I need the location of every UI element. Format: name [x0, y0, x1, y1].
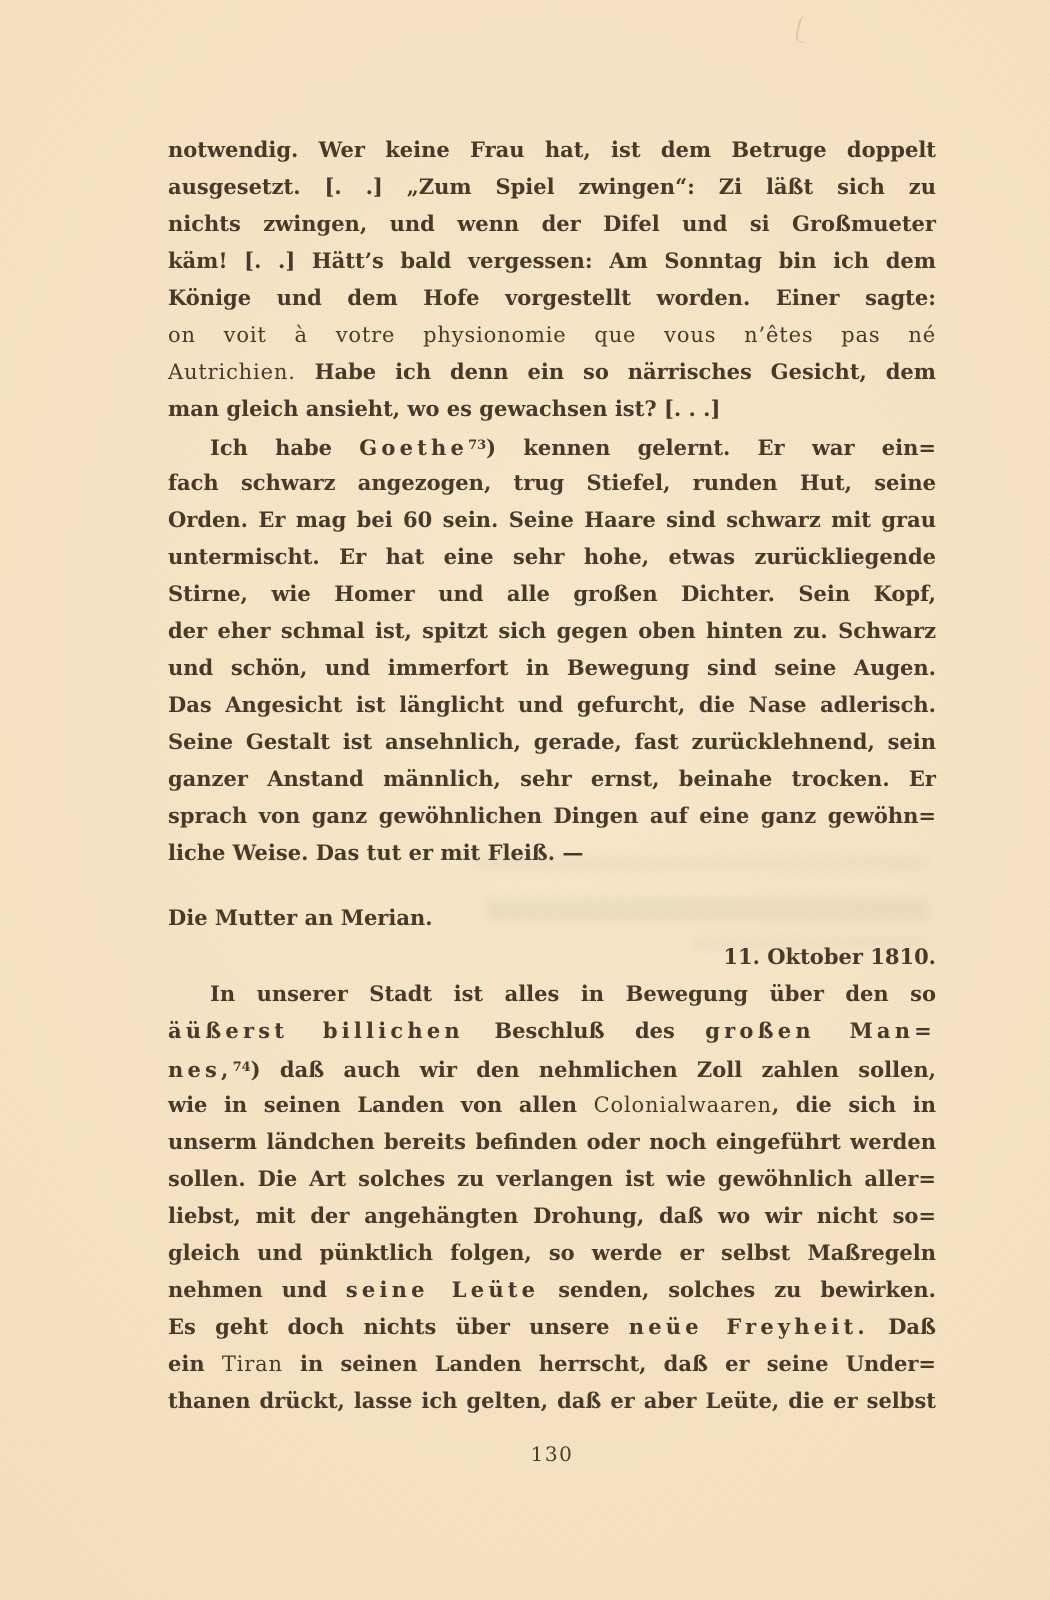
fraktur-text: fach schwarz angezogen, trug Stiefel, ru…: [168, 470, 936, 495]
text-line: liebst, mit der angehängten Drohung, daß…: [168, 1197, 936, 1234]
text-line: thanen drückt, lasse ich gelten, daß er …: [168, 1382, 936, 1419]
fraktur-text: Könige und dem Hofe vorgestellt worden. …: [168, 285, 936, 310]
text-line: ganzer Anstand männlich, sehr ernst, bei…: [168, 760, 936, 797]
fraktur-text: thanen drückt, lasse ich gelten, daß er …: [168, 1388, 936, 1413]
fraktur-text: liche Weise. Das tut er mit Fleiß. —: [168, 840, 583, 865]
fraktur-text: Stirne, wie Homer und alle großen Dichte…: [168, 581, 936, 606]
fraktur-text: notwendig. Wer keine Frau hat, ist dem B…: [168, 137, 936, 162]
fraktur-text: sprach von ganz gewöhnlichen Dingen auf …: [168, 803, 936, 828]
fraktur-text: liebst, mit der angehängten Drohung, daß…: [168, 1203, 936, 1228]
text-line: untermischt. Er hat eine sehr hohe, etwa…: [168, 538, 936, 575]
fraktur-text: Es geht doch nichts über unsere: [168, 1314, 629, 1339]
fraktur-text: man gleich ansieht, wo es gewachsen ist?…: [168, 396, 720, 421]
fraktur-text: nehmen und: [168, 1277, 346, 1302]
text-line: nichts zwingen, und wenn der Difel und s…: [168, 205, 936, 242]
fraktur-text: ) kennen gelernt. Er war ein=: [486, 435, 936, 460]
fraktur-text: senden, solches zu bewirken.: [539, 1277, 936, 1302]
fraktur-text: wie in seinen Landen von allen: [168, 1092, 594, 1117]
letterspaced-text: neüe Freyheit.: [629, 1314, 869, 1339]
text-line: nehmen und seine Leüte senden, solches z…: [168, 1271, 936, 1308]
paper-blemish: [794, 15, 811, 44]
text-line: Orden. Er mag bei 60 sein. Seine Haare s…: [168, 501, 936, 538]
page-number: 130: [168, 1442, 936, 1466]
text-line: Autrichien. Habe ich denn ein so närrisc…: [168, 353, 936, 390]
footnote-reference: 74: [233, 1060, 251, 1075]
goethe-paragraph: Ich habe Goethe73) kennen gelernt. Er wa…: [168, 427, 936, 871]
fraktur-text: Das Angesicht ist länglicht und gefurcht…: [168, 692, 936, 717]
text-line: ausgesetzt. [. .] „Zum Spiel zwingen“: Z…: [168, 168, 936, 205]
antiqua-text: Tiran: [222, 1352, 283, 1376]
text-line: notwendig. Wer keine Frau hat, ist dem B…: [168, 131, 936, 168]
text-line: Könige und dem Hofe vorgestellt worden. …: [168, 279, 936, 316]
letter-body-paragraph: In unserer Stadt ist alles in Bewegung ü…: [168, 975, 936, 1419]
text-line: liche Weise. Das tut er mit Fleiß. —: [168, 834, 936, 871]
fraktur-text: nichts zwingen, und wenn der Difel und s…: [168, 211, 936, 236]
text-line: man gleich ansieht, wo es gewachsen ist?…: [168, 390, 936, 427]
letter-date: 11. Oktober 1810.: [168, 938, 936, 975]
fraktur-text: ) daß auch wir den nehmlichen Zoll zahle…: [251, 1057, 936, 1082]
fraktur-text: käm! [. .] Hätt’s bald vergessen: Am Son…: [168, 248, 936, 273]
text-line: fach schwarz angezogen, trug Stiefel, ru…: [168, 464, 936, 501]
text-line: unserm ländchen bereits befinden oder no…: [168, 1123, 936, 1160]
letterspaced-text: seine Leüte: [346, 1277, 539, 1302]
letter-date-text: 11. Oktober 1810.: [723, 944, 936, 969]
letter-heading: Die Mutter an Merian.: [168, 899, 936, 936]
letterspaced-text: Goethe: [359, 435, 468, 460]
fraktur-text: , die sich in: [772, 1092, 936, 1117]
text-line: sollen. Die Art solches zu verlangen ist…: [168, 1160, 936, 1197]
fraktur-text: unserm ländchen bereits befinden oder no…: [168, 1129, 936, 1154]
letterspaced-text: äüßerst billichen: [168, 1018, 464, 1043]
fraktur-text: Daß: [869, 1314, 936, 1339]
text-line: und schön, und immerfort in Bewegung sin…: [168, 649, 936, 686]
fraktur-text: ganzer Anstand männlich, sehr ernst, bei…: [168, 766, 936, 791]
fraktur-text: Ich habe: [210, 435, 359, 460]
text-line: Stirne, wie Homer und alle großen Dichte…: [168, 575, 936, 612]
text-line: käm! [. .] Hätt’s bald vergessen: Am Son…: [168, 242, 936, 279]
antiqua-text: Colonialwaaren: [594, 1093, 772, 1117]
text-line: on voit à votre physionomie que vous n’ê…: [168, 316, 936, 353]
fraktur-text: Habe ich denn ein so närrisches Gesicht,…: [296, 359, 936, 384]
text-line: Seine Gestalt ist ansehnlich, gerade, fa…: [168, 723, 936, 760]
text-line: gleich und pünktlich folgen, so werde er…: [168, 1234, 936, 1271]
text-line: Es geht doch nichts über unsere neüe Fre…: [168, 1308, 936, 1345]
fraktur-text: In unserer Stadt ist alles in Bewegung ü…: [210, 981, 936, 1006]
text-line: wie in seinen Landen von allen Colonialw…: [168, 1086, 936, 1123]
text-line: der eher schmal ist, spitzt sich gegen o…: [168, 612, 936, 649]
paragraph-continuation: notwendig. Wer keine Frau hat, ist dem B…: [168, 131, 936, 427]
fraktur-text: ausgesetzt. [. .] „Zum Spiel zwingen“: Z…: [168, 174, 936, 199]
fraktur-text: ein: [168, 1351, 222, 1376]
letter-heading-text: Die Mutter an Merian.: [168, 905, 433, 930]
footnote-reference: 73: [468, 438, 486, 453]
fraktur-text: Seine Gestalt ist ansehnlich, gerade, fa…: [168, 729, 936, 754]
fraktur-text: Orden. Er mag bei 60 sein. Seine Haare s…: [168, 507, 936, 532]
text-line: sprach von ganz gewöhnlichen Dingen auf …: [168, 797, 936, 834]
text-line: ein Tiran in seinen Landen herrscht, daß…: [168, 1345, 936, 1382]
fraktur-text: untermischt. Er hat eine sehr hohe, etwa…: [168, 544, 936, 569]
letterspaced-text: nes,: [168, 1057, 233, 1082]
fraktur-text: sollen. Die Art solches zu verlangen ist…: [168, 1166, 936, 1191]
fraktur-text: Beschluß des: [464, 1018, 705, 1043]
fraktur-text: gleich und pünktlich folgen, so werde er…: [168, 1240, 936, 1265]
antiqua-text: Autrichien.: [168, 360, 296, 384]
letterspaced-text: großen Man=: [705, 1018, 936, 1043]
text-line: nes,74) daß auch wir den nehmlichen Zoll…: [168, 1049, 936, 1086]
fraktur-text: und schön, und immerfort in Bewegung sin…: [168, 655, 936, 680]
antiqua-text: on voit à votre physionomie que vous n’ê…: [168, 323, 936, 347]
book-page: notwendig. Wer keine Frau hat, ist dem B…: [0, 0, 1050, 1600]
fraktur-text: in seinen Landen herrscht, daß er seine …: [283, 1351, 936, 1376]
text-line: In unserer Stadt ist alles in Bewegung ü…: [168, 975, 936, 1012]
text-line: Das Angesicht ist länglicht und gefurcht…: [168, 686, 936, 723]
text-line: Ich habe Goethe73) kennen gelernt. Er wa…: [168, 427, 936, 464]
fraktur-text: der eher schmal ist, spitzt sich gegen o…: [168, 618, 936, 643]
text-line: äüßerst billichen Beschluß des großen Ma…: [168, 1012, 936, 1049]
